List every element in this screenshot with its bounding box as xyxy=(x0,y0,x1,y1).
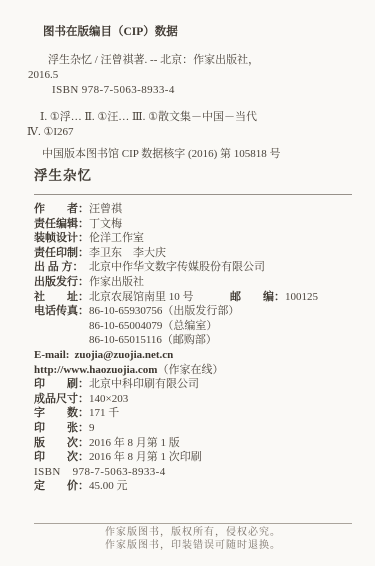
field-label: 印 张： xyxy=(34,421,89,436)
field-value: 2016 年 8 月第 1 次印刷 xyxy=(89,451,202,463)
colophon-row-impression: 印 次：2016 年 8 月第 1 次印刷 xyxy=(34,450,352,465)
field-label: E-mail: xyxy=(34,348,69,363)
field-value: 171 千 xyxy=(89,407,119,419)
field-value: 86-10-65015116（邮购部） xyxy=(89,334,217,346)
colophon-row-publisher: 出版发行：作家出版社 xyxy=(34,275,352,290)
field-value: 汪曾祺 xyxy=(89,203,122,215)
field-value: 北京农展馆南里 10 号 xyxy=(89,291,194,303)
title-divider xyxy=(34,194,352,195)
field-label: 成品尺寸： xyxy=(34,392,89,407)
cip-isbn-line: ISBN 978-7-5063-8933-4 xyxy=(52,83,352,98)
cip-classification-line2: Ⅳ. ①I267 xyxy=(27,125,352,140)
colophon-row-edition: 版 次：2016 年 8 月第 1 版 xyxy=(34,436,352,451)
field-label: 装帧设计： xyxy=(34,231,89,246)
colophon-row-printer: 印 刷：北京中科印刷有限公司 xyxy=(34,377,352,392)
field-value: 86-10-65004079（总编室） xyxy=(89,320,217,332)
cip-registry-number: 中国版本图书馆 CIP 数据核字 (2016) 第 105818 号 xyxy=(42,147,352,162)
colophon-row-address: 社 址：北京农展馆南里 10 号 邮 编：100125 xyxy=(34,290,352,305)
field-label: 作 者： xyxy=(34,202,89,217)
field-label: 社 址： xyxy=(34,290,89,305)
field-label: 出 品 方： xyxy=(34,260,89,275)
cip-data-block: 图书在版编目（CIP）数据 浮生杂忆 / 汪曾祺著. -- 北京：作家出版社， … xyxy=(34,24,352,162)
colophon-row-phone: 电话传真：86-10-65930756（出版发行部） xyxy=(34,304,352,319)
book-title: 浮生杂忆 xyxy=(34,168,352,184)
colophon-row-print-supervisor: 责任印制：李卫东 李大庆 xyxy=(34,246,352,261)
cip-citation-line2: 2016.5 xyxy=(28,68,352,83)
field-label: 印 次： xyxy=(34,450,89,465)
field-label: 邮 编： xyxy=(230,290,285,305)
colophon-row-word-count: 字 数：171 千 xyxy=(34,406,352,421)
field-value: 86-10-65930756（出版发行部） xyxy=(89,305,239,317)
field-value: 140×203 xyxy=(89,393,128,405)
footer-divider xyxy=(34,523,352,524)
copyright-notice-line2: 作家版图书，印装错误可随时退换。 xyxy=(34,539,352,553)
colophon-row-email: E-mail:zuojia@zuojia.net.cn xyxy=(34,348,352,363)
field-value: 2016 年 8 月第 1 版 xyxy=(89,437,180,449)
copyright-notice: 作家版图书，版权所有，侵权必究。 作家版图书，印装错误可随时退换。 xyxy=(34,526,352,553)
field-value: 45.00 元 xyxy=(89,480,128,492)
colophon-row-producer: 出 品 方：北京中作华文数字传媒股份有限公司 xyxy=(34,260,352,275)
cip-citation-line1: 浮生杂忆 / 汪曾祺著. -- 北京：作家出版社， xyxy=(48,53,352,68)
website-url: http://www.haozuojia.com xyxy=(34,364,157,376)
field-label: 出版发行： xyxy=(34,275,89,290)
colophon-row-phone-3: 86-10-65015116（邮购部） xyxy=(34,333,352,348)
field-label: 电话传真： xyxy=(34,304,89,319)
colophon-row-phone-2: 86-10-65004079（总编室） xyxy=(34,319,352,334)
isbn-number: 978-7-5063-8933-4 xyxy=(73,466,166,478)
website-note: （作家在线） xyxy=(157,364,223,376)
colophon-row-dimensions: 成品尺寸：140×203 xyxy=(34,392,352,407)
field-label: 责任编辑： xyxy=(34,217,89,232)
field-label: 定 价： xyxy=(34,479,89,494)
colophon-row-price: 定 价：45.00 元 xyxy=(34,479,352,494)
field-value: 9 xyxy=(89,422,95,434)
field-value: 北京中科印刷有限公司 xyxy=(89,378,199,390)
colophon-row-editor: 责任编辑：丁文梅 xyxy=(34,217,352,232)
colophon-row-isbn: ISBN978-7-5063-8933-4 xyxy=(34,465,352,480)
colophon-row-author: 作 者：汪曾祺 xyxy=(34,202,352,217)
colophon-row-sheets: 印 张：9 xyxy=(34,421,352,436)
field-value: 李卫东 李大庆 xyxy=(89,247,166,259)
copyright-notice-line1: 作家版图书，版权所有，侵权必究。 xyxy=(34,526,352,540)
cip-header: 图书在版编目（CIP）数据 xyxy=(43,24,352,40)
field-value: 100125 xyxy=(285,291,318,303)
email-address: zuojia@zuojia.net.cn xyxy=(74,349,173,361)
field-value: 作家出版社 xyxy=(89,276,144,288)
cip-classification-line1: Ⅰ. ①浮… Ⅱ. ①汪… Ⅲ. ①散文集－中国－当代 xyxy=(40,110,352,125)
colophon-row-website: http://www.haozuojia.com（作家在线） xyxy=(34,363,352,378)
colophon: 作 者：汪曾祺 责任编辑：丁文梅 装帧设计：伦洋工作室 责任印制：李卫东 李大庆… xyxy=(34,202,352,494)
field-label: 版 次： xyxy=(34,436,89,451)
field-label: 印 刷： xyxy=(34,377,89,392)
field-label: 字 数： xyxy=(34,406,89,421)
field-value: 丁文梅 xyxy=(89,218,122,230)
book-copyright-page: 图书在版编目（CIP）数据 浮生杂忆 / 汪曾祺著. -- 北京：作家出版社， … xyxy=(0,0,375,566)
field-label: 责任印制： xyxy=(34,246,89,261)
field-label: ISBN xyxy=(34,465,61,480)
field-value: 伦洋工作室 xyxy=(89,232,144,244)
postal-code-field: 邮 编：100125 xyxy=(230,290,318,305)
field-value: 北京中作华文数字传媒股份有限公司 xyxy=(89,261,265,273)
colophon-row-design: 装帧设计：伦洋工作室 xyxy=(34,231,352,246)
